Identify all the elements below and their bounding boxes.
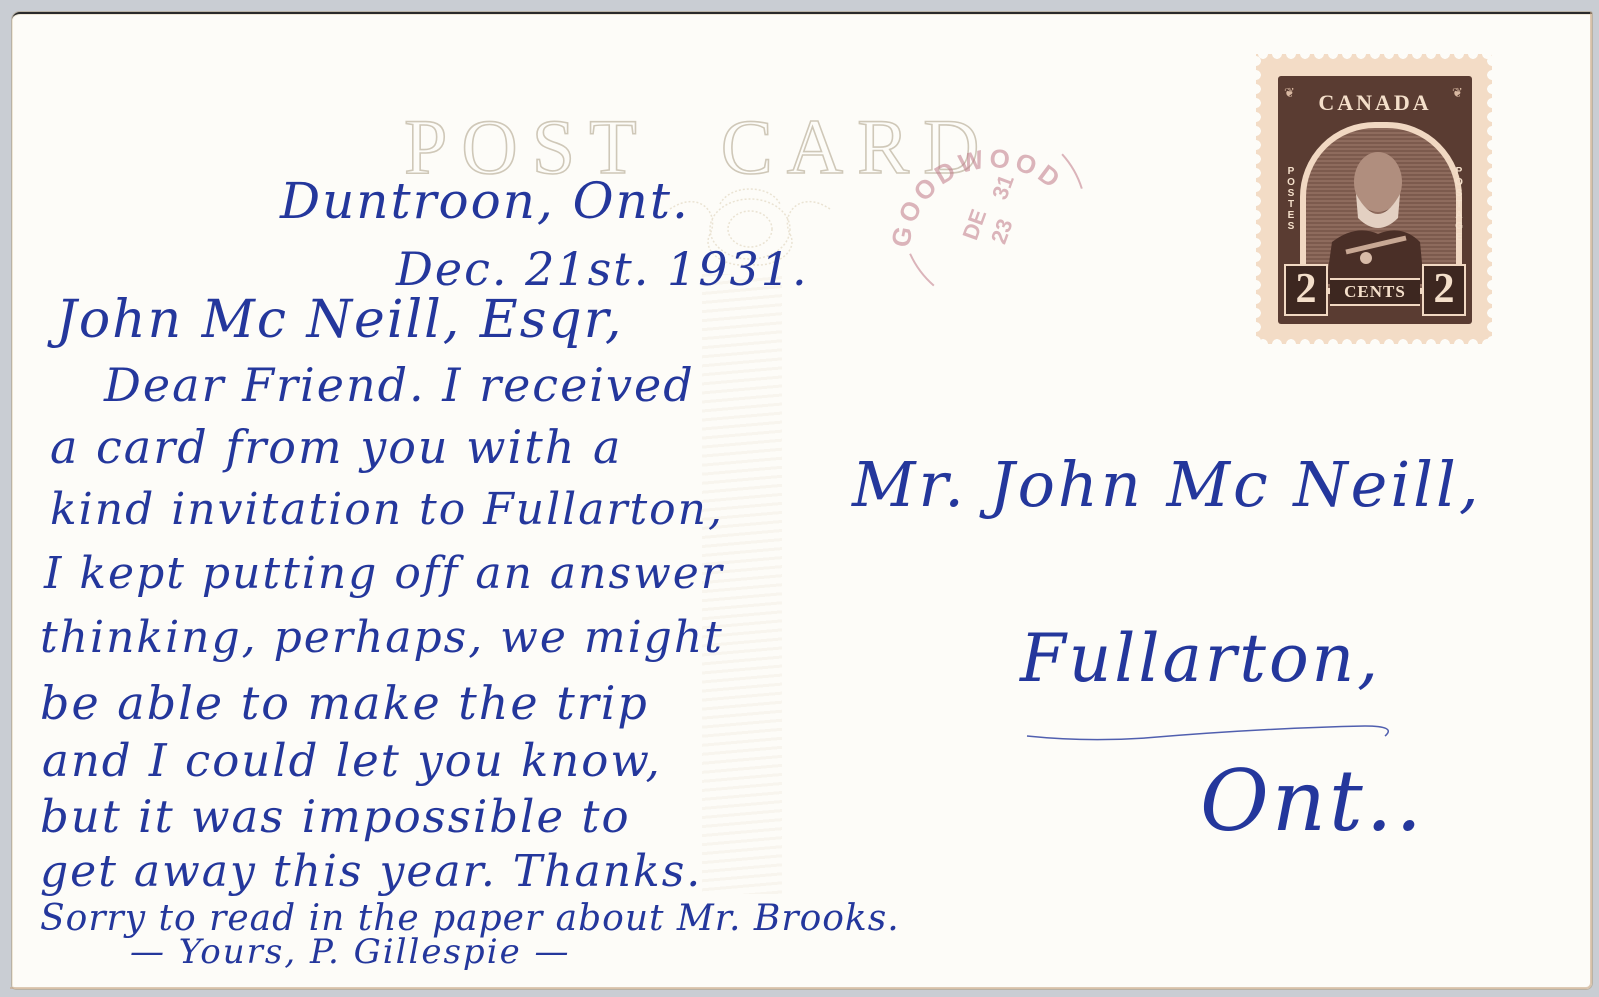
stamp-side-right: POSTAGE [1452, 166, 1466, 243]
address-name: Mr. John Mc Neill, [852, 448, 1482, 521]
letter-line: a card from you with a [50, 420, 622, 474]
letter-line: but it was impossible to [40, 790, 631, 843]
letter-closing: — Yours, P. Gillespie — [130, 932, 571, 972]
letter-salutation-name: John Mc Neill, Esqr, [56, 290, 623, 350]
stamp-unit: CENTS [1330, 278, 1420, 306]
postmark-icon: GOODWOOD DE 23 31 [872, 98, 1108, 334]
postmark-cancel: GOODWOOD DE 23 31 [872, 98, 1108, 334]
letter-line: I kept putting off an answer [44, 548, 724, 599]
king-portrait-icon [1326, 134, 1424, 284]
stamp-country: CANADA [1278, 90, 1472, 116]
postage-stamp: ❦ ❦ CANADA POSTES POSTAGE 2 2 CENTS [1278, 76, 1472, 324]
letter-date: Dec. 21st. 1931. [396, 242, 809, 296]
svg-text:31: 31 [987, 171, 1019, 203]
letter-line: be able to make the trip [40, 676, 649, 730]
letter-place: Duntroon, Ont. [280, 172, 690, 230]
flourish-underline-icon [1025, 722, 1395, 742]
address-town: Fullarton, [1020, 620, 1381, 697]
stamp-value-left: 2 [1284, 264, 1328, 316]
letter-line: thinking, perhaps, we might [40, 612, 724, 663]
letter-line: get away this year. Thanks. [40, 846, 702, 897]
stamp-side-left: POSTES [1284, 166, 1298, 232]
letter-line: and I could let you know, [42, 734, 662, 787]
address-province: Ont.. [1200, 752, 1425, 850]
stamp-value-right: 2 [1422, 264, 1466, 316]
letter-line: Dear Friend. I received [104, 358, 695, 412]
svg-text:23: 23 [986, 216, 1018, 248]
letter-line: kind invitation to Fullarton, [50, 484, 724, 535]
